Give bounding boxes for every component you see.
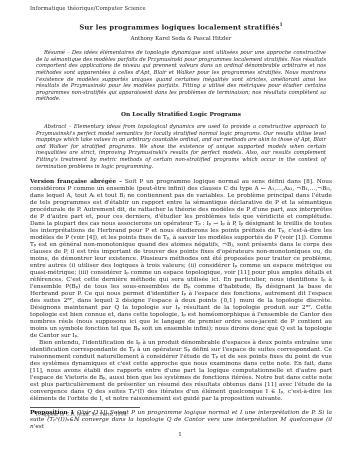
abstract-label: Abstract – bbox=[44, 124, 71, 130]
page-content: Informatique théorique/Computer Science … bbox=[0, 0, 360, 431]
abstract-paragraph: Abstract – Elementary ideas from topolog… bbox=[36, 124, 326, 170]
footnote-divider bbox=[30, 407, 140, 408]
resume-paragraph: Résumé – Des idées élémentaires de topol… bbox=[36, 50, 326, 103]
french-summary-label: Version française abrégée – bbox=[30, 179, 122, 185]
abstract-text: Elementary ideas from topological dynami… bbox=[36, 124, 326, 170]
french-summary-paragraph-2: Bien entendu, l'identification de Iₚ à u… bbox=[30, 340, 332, 403]
resume-text: Des idées élémentaires de topologie dyna… bbox=[36, 50, 326, 102]
paper-title-text: Sur les programmes logiques localement s… bbox=[79, 23, 279, 31]
paper-title: Sur les programmes logiques localement s… bbox=[30, 22, 332, 31]
footnote-text: To appear in C.R. Acad. Sc. Paris, 1998. bbox=[35, 413, 128, 418]
title-footnote-mark: 1 bbox=[280, 22, 283, 27]
paper-page: Informatique théorique/Computer Science … bbox=[0, 0, 360, 466]
french-summary-paragraph-1-text: Soit P un programme logique normal au se… bbox=[30, 179, 332, 339]
page-number: 1 bbox=[0, 432, 360, 438]
french-summary-paragraph-1: Version française abrégée – Soit P un pr… bbox=[30, 179, 332, 340]
paper-authors: Anthony Karel Seda & Pascal Hitzler bbox=[30, 36, 332, 42]
english-section-title: On Locally Stratified Logic Programs bbox=[30, 112, 332, 118]
footnote: 1To appear in C.R. Acad. Sc. Paris, 1998… bbox=[33, 410, 323, 418]
journal-header: Informatique théorique/Computer Science bbox=[30, 6, 332, 12]
resume-label: Résumé – bbox=[44, 50, 70, 56]
